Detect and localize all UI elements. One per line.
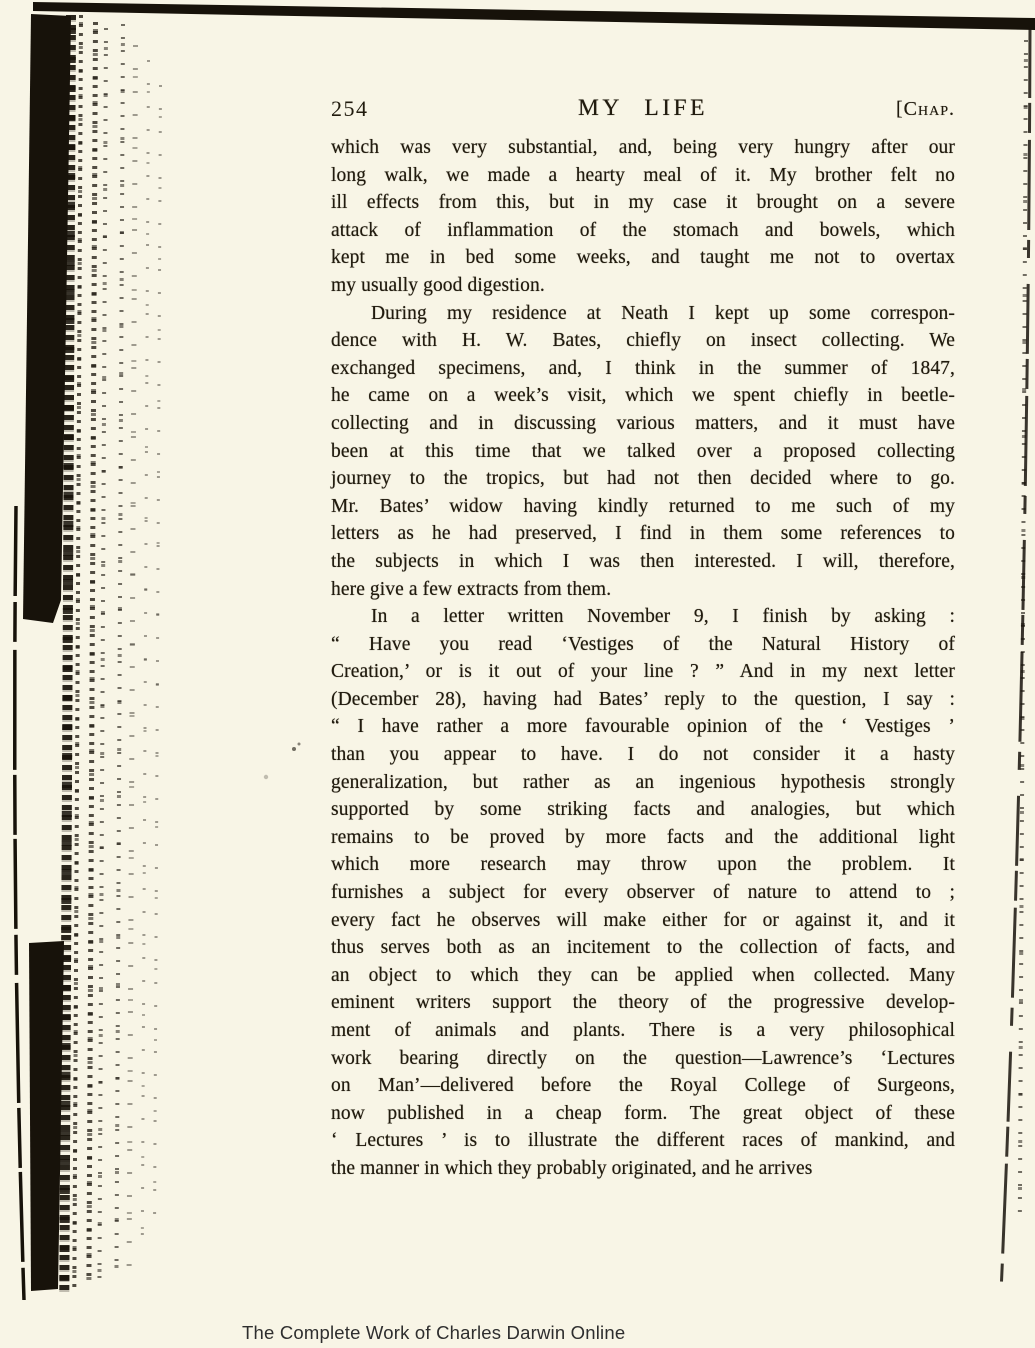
text-line: every fact he observes will make either … [331,907,955,935]
text-line: work bearing directly on the question—La… [331,1045,955,1073]
binding-speckle-column [97,28,108,1278]
text-line: here give a few extracts from them. [331,576,955,604]
text-line: ment of animals and plants. There is a v… [331,1017,955,1045]
text-line: generalization, but rather as an ingenio… [331,769,955,797]
ink-spot [298,743,301,746]
text-line: In a letter written November 9, I finish… [331,603,955,631]
page-header: 254 MY LIFE [Chap. [331,92,955,122]
paragraph: In a letter written November 9, I finish… [331,603,955,1182]
paragraph: which was very substantial, and, being v… [331,134,955,300]
text-line: journey to the tropics, but had not then… [331,465,955,493]
chapter-label: [Chap. [896,98,955,121]
text-line: the manner in which they probably origin… [331,1155,955,1183]
text-line: ill effects from this, but in my case it… [331,189,955,217]
text-line: thus serves both as an incitement to the… [331,934,955,962]
page-number: 254 [331,96,369,122]
footer-caption: The Complete Work of Charles Darwin Onli… [242,1322,625,1344]
scanned-book-page: 254 MY LIFE [Chap. which was very substa… [0,0,1035,1348]
text-line: Mr. Bates’ widow having kindly returned … [331,493,955,521]
ink-spot [292,747,296,751]
page-edge-line-right [1001,28,1030,1293]
text-line: an object to which they can be applied w… [331,962,955,990]
body-text: which was very substantial, and, being v… [331,134,955,1183]
text-line: my usually good digestion. [331,272,955,300]
text-line: collecting and in discussing various mat… [331,410,955,438]
text-line: remains to be proved by more facts and t… [331,824,955,852]
page-edge-speckle-column [1018,40,1028,1220]
text-line: dence with H. W. Bates, chiefly on insec… [331,327,955,355]
binding-speckle-column [141,60,150,1245]
text-line: which more research may throw upon the p… [331,851,955,879]
scan-edge-bar-top [33,2,1035,30]
binding-black-bar-lower [29,941,64,1291]
text-line: which was very substantial, and, being v… [331,134,955,162]
text-line: Creation,’ or is it out of your line ? ”… [331,658,955,686]
text-line: exchanged specimens, and, I think in the… [331,355,955,383]
paragraph: During my residence at Neath I kept up s… [331,300,955,604]
text-line: supported by some striking facts and ana… [331,796,955,824]
text-line: “ I have rather a more favourable opinio… [331,713,955,741]
text-line: ‘ Lectures ’ is to illustrate the differ… [331,1127,955,1155]
text-line: long walk, we made a hearty meal of it. … [331,162,955,190]
text-line: the subjects in which I was then interes… [331,548,955,576]
text-line: (December 28), having had Bates’ reply t… [331,686,955,714]
text-line: letters as he had preserved, I find in t… [331,520,955,548]
text-line: eminent writers support the theory of th… [331,989,955,1017]
text-line: he came on a week’s visit, which we spen… [331,382,955,410]
binding-speckle-column [72,15,83,1287]
text-line: kept me in bed some weeks, and taught me… [331,244,955,272]
binding-speckle-column [86,22,98,1280]
text-line: been at this time that we talked over a … [331,438,955,466]
text-line: now published in a cheap form. The great… [331,1100,955,1128]
text-line: attack of inflammation of the stomach an… [331,217,955,245]
running-title: MY LIFE [578,95,708,122]
ink-spot [264,775,268,779]
binding-speckle-column [59,15,76,1292]
binding-speckle-column [153,85,162,1215]
text-line: than you appear to have. I do not consid… [331,741,955,769]
text-line: During my residence at Neath I kept up s… [331,300,955,328]
binding-crease-line [15,506,24,1300]
binding-speckle-column [127,45,138,1267]
binding-black-bar-upper [23,14,71,623]
text-line: on Man’—delivered before the Royal Colle… [331,1072,955,1100]
binding-speckle-column [114,24,125,1272]
text-line: “ Have you read ‘Vestiges of the Natural… [331,631,955,659]
text-line: furnishes a subject for every observer o… [331,879,955,907]
